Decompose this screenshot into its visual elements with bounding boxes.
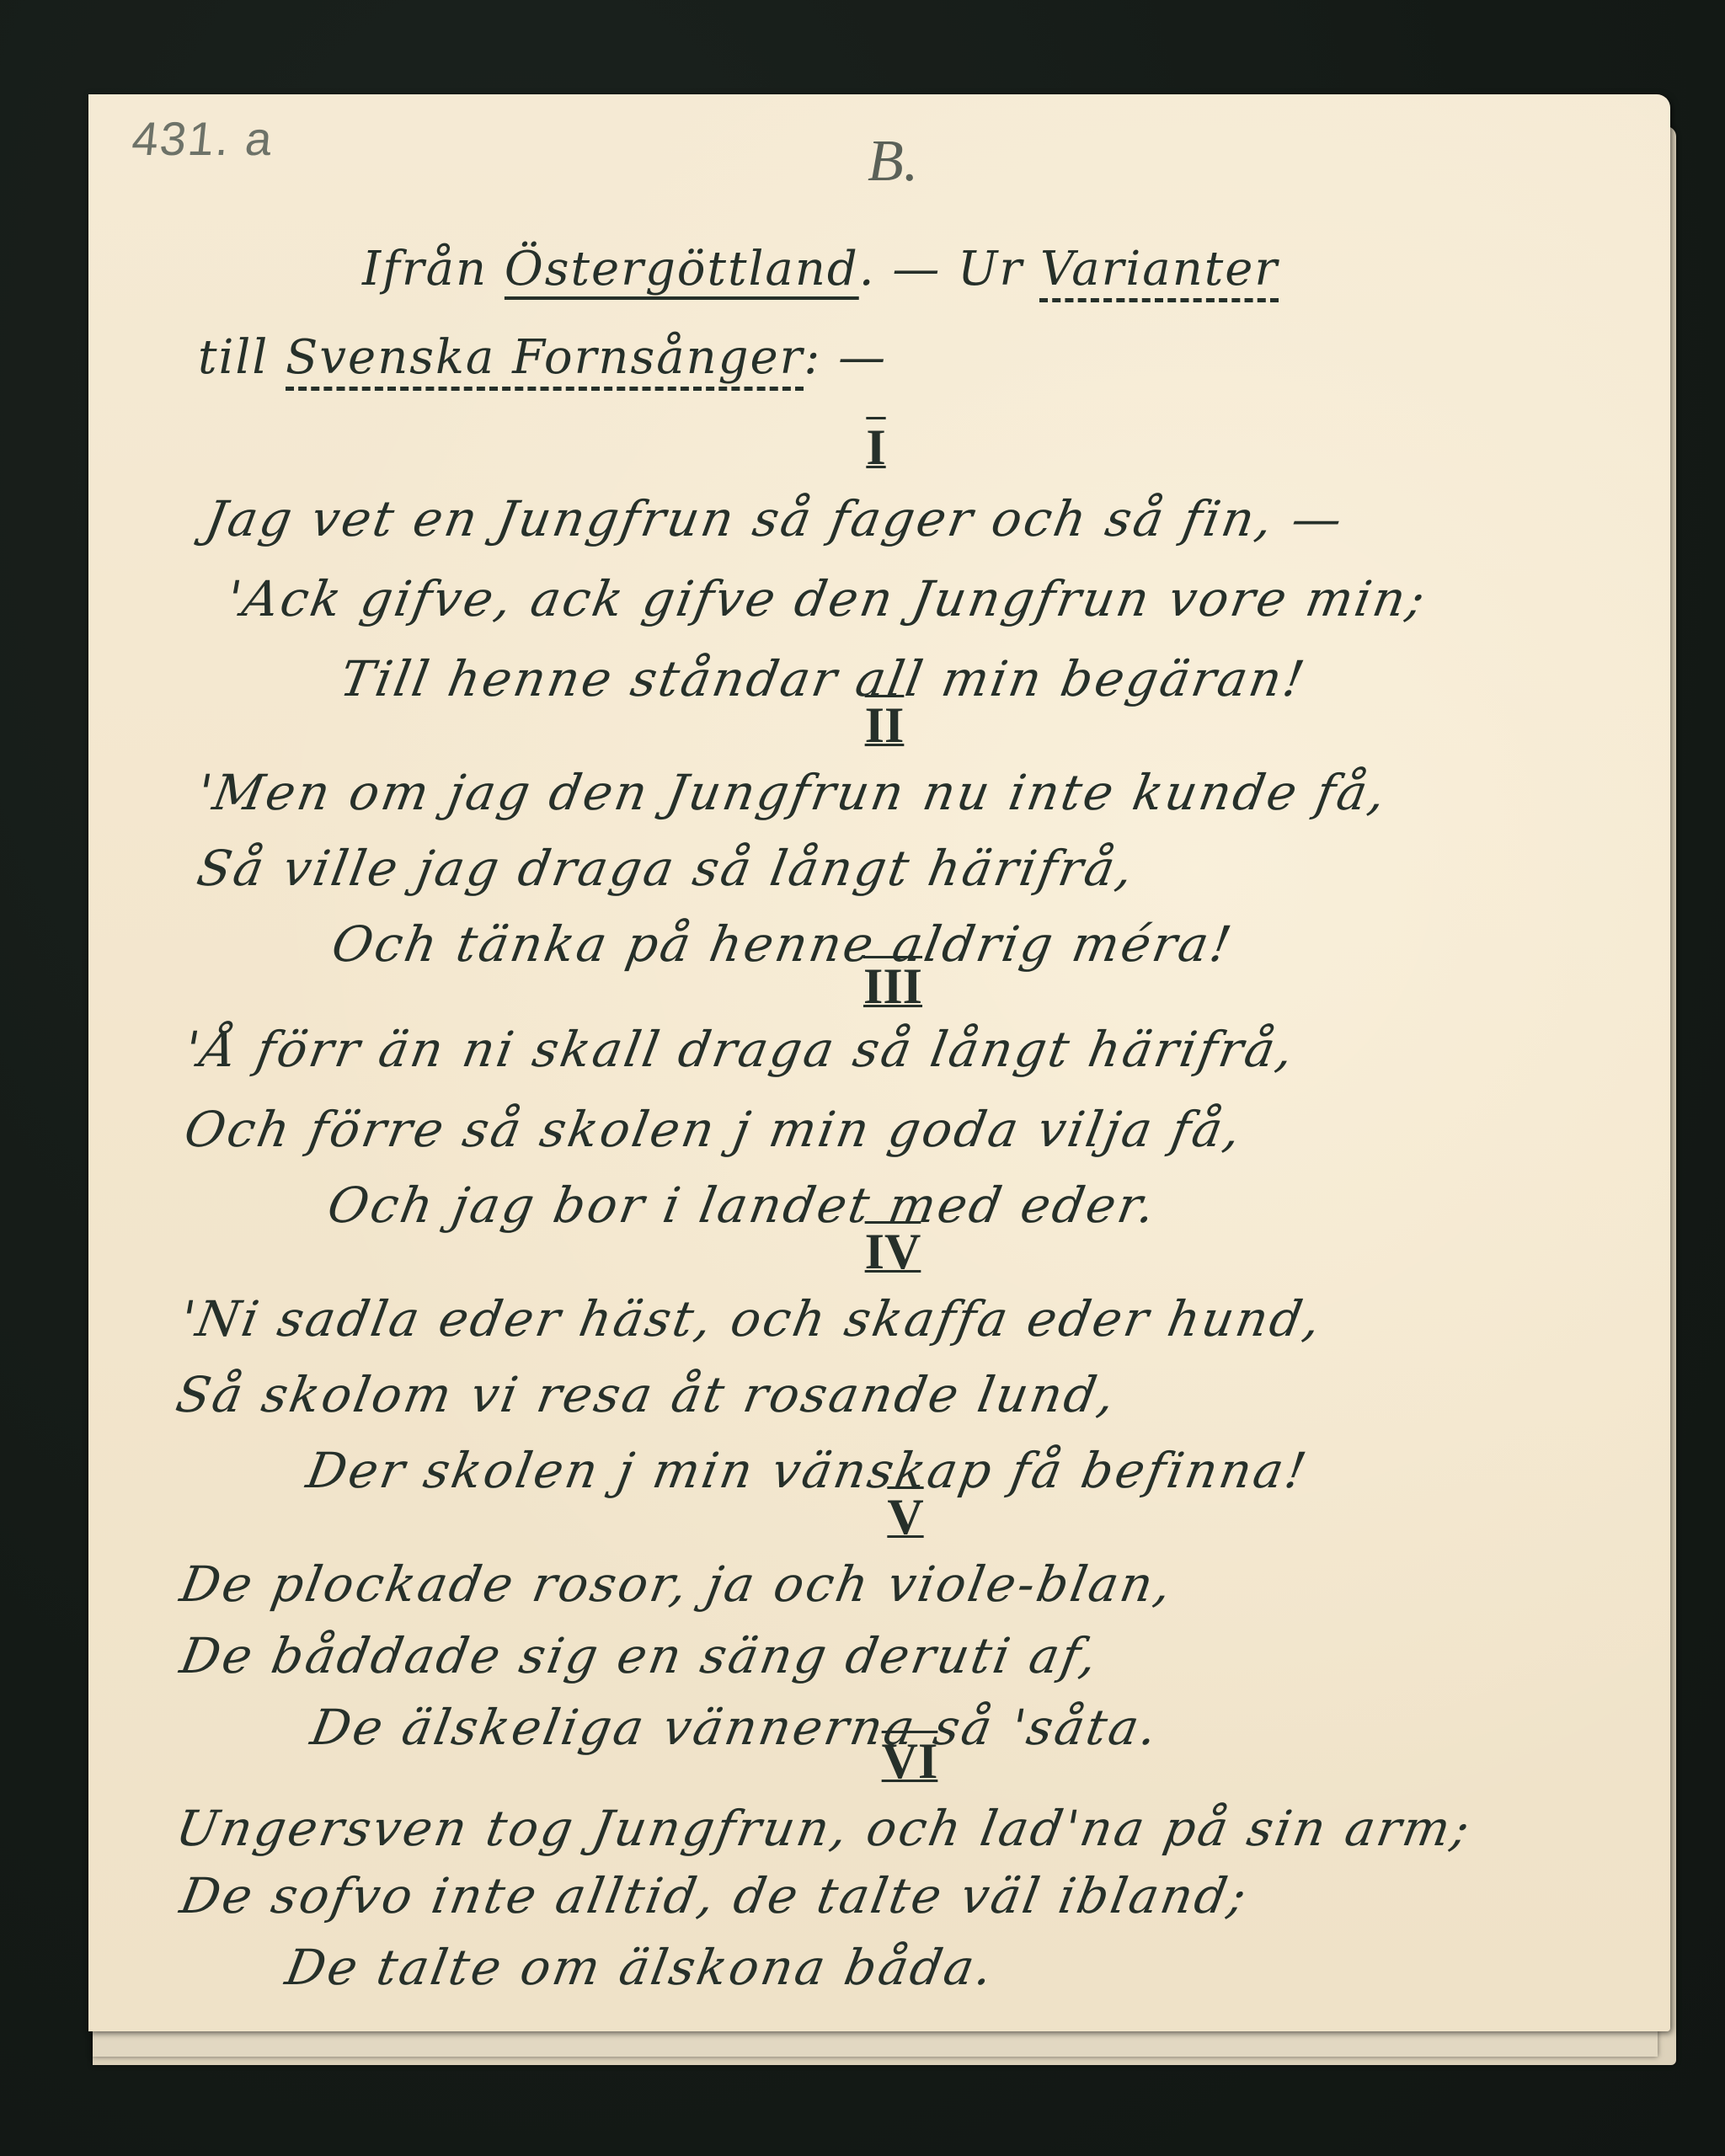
heading-collection: Svenska Fornsånger xyxy=(286,330,804,385)
verse-line: 'Ack gifve, ack gifve den Jungfrun vore … xyxy=(222,570,1432,627)
stanza-number: IV xyxy=(865,1223,921,1281)
verse-line: Der skolen j min vänskap få befinna! xyxy=(302,1442,1313,1499)
heading-ur: Ur xyxy=(958,242,1023,296)
verse-line: De båddade sig en säng deruti af, xyxy=(176,1627,1103,1684)
heading-line-1: Ifrån Östergöttland. — Ur Varianter xyxy=(362,242,1279,296)
stanza-number: V xyxy=(887,1488,923,1546)
manuscript-page: 431. a B. Ifrån Östergöttland. — Ur Vari… xyxy=(88,94,1670,2031)
verse-line: Så ville jag draga så långt härifrå, xyxy=(193,840,1140,897)
heading-line-2: till Svenska Fornsånger: — xyxy=(198,330,887,385)
verse-line: De sofvo inte alltid, de talte väl iblan… xyxy=(176,1867,1253,1924)
verse-line: Till henne ståndar all min begäran! xyxy=(336,650,1311,707)
verse-line: De älskeliga vännerna så 'såta. xyxy=(307,1699,1164,1756)
verse-line: 'Men om jag den Jungfrun nu inte kunde f… xyxy=(193,764,1392,821)
heading-place: Östergöttland xyxy=(505,242,859,296)
heading-variants: Varianter xyxy=(1040,242,1279,296)
verse-line: Och förre så skolen j min goda vilja få, xyxy=(180,1101,1247,1158)
verse-line: Så skolom vi resa åt rosande lund, xyxy=(172,1366,1121,1423)
verse-line: Ungersven tog Jungfrun, och lad'na på si… xyxy=(172,1800,1477,1857)
stanza-number: II xyxy=(865,696,905,755)
verse-line: Jag vet en Jungfrun så fager och så fin,… xyxy=(201,490,1348,547)
heading-till: till xyxy=(198,330,269,385)
stanza-number: VI xyxy=(882,1732,938,1790)
sheet-letter: B. xyxy=(868,128,918,195)
shelfmark: 431. a xyxy=(130,111,277,166)
stanza-number: I xyxy=(866,419,885,477)
stanza-number: III xyxy=(863,958,922,1016)
verse-line: Och jag bor i landet med eder. xyxy=(323,1177,1162,1234)
verse-line: 'Ni sadla eder häst, och skaffa eder hun… xyxy=(176,1290,1327,1347)
heading-suffix: : — xyxy=(804,330,887,385)
verse-line: De talte om älskona båda. xyxy=(281,1939,999,1996)
heading-prefix: Ifrån xyxy=(362,242,488,296)
verse-line: Och tänka på henne aldrig méra! xyxy=(328,915,1238,973)
verse-line: De plockade rosor, ja och viole-blan, xyxy=(176,1556,1178,1613)
verse-line: 'Å förr än ni skall draga så långt härif… xyxy=(180,1021,1300,1078)
heading-dash: . — xyxy=(859,242,942,296)
